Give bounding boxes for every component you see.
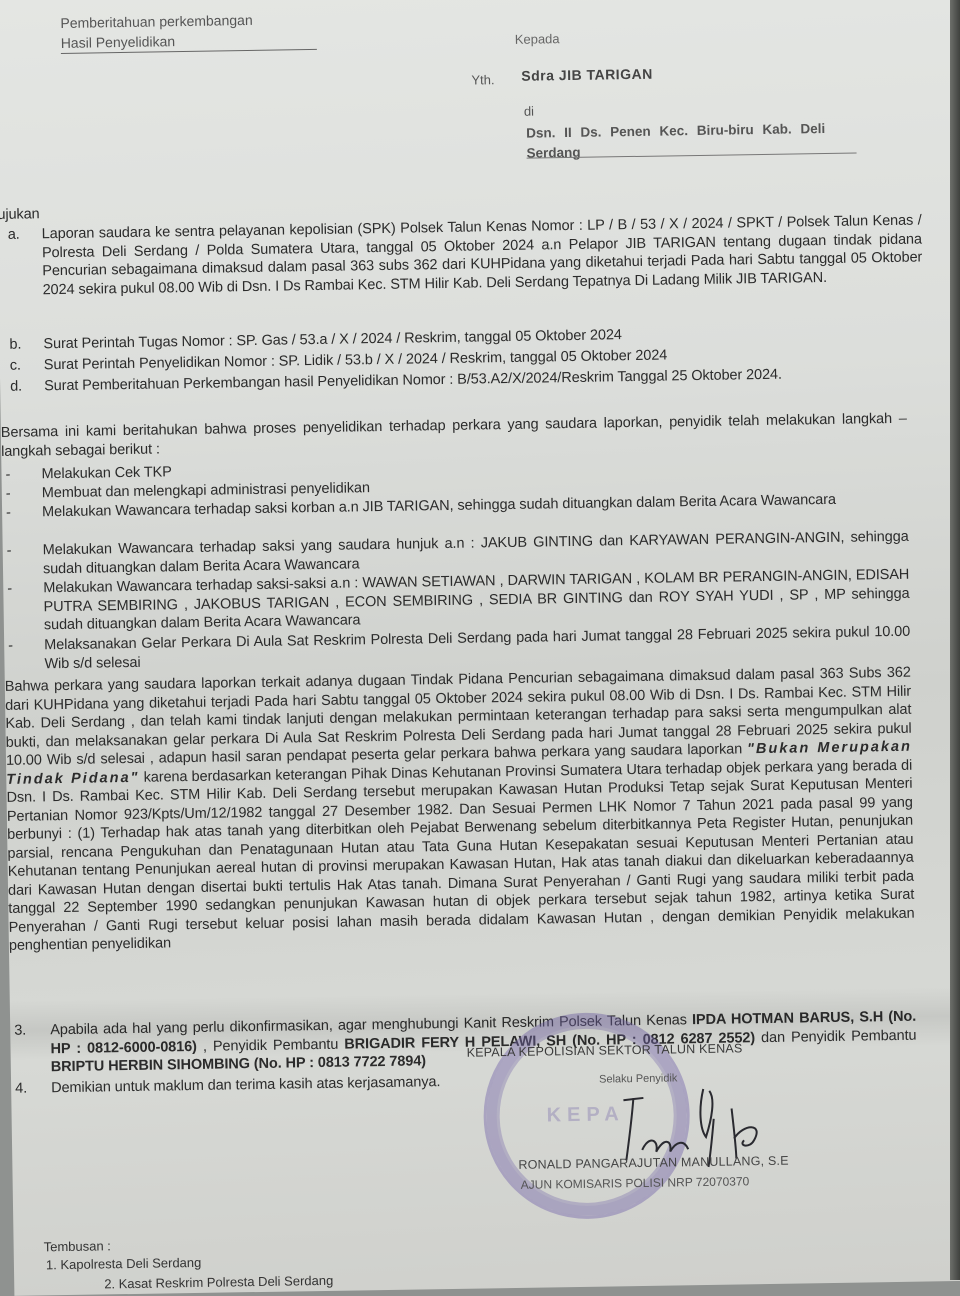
item-marker: 4. (15, 1080, 27, 1099)
di-label: di (524, 104, 534, 119)
step-marker: - (7, 580, 12, 599)
contact-penyidik-2: BRIPTU HERBIN SIHOMBING (No. HP : 0813 7… (51, 1053, 426, 1075)
reference-marker: c. (10, 357, 21, 376)
item-3-connector: , Penyidik Pembantu (197, 1036, 345, 1054)
rujukan-label: ujukan (0, 205, 40, 224)
subject-line-1: Pemberitahuan perkembangan (60, 10, 253, 33)
step-marker: - (7, 542, 12, 561)
kepada-label: Kepada (515, 31, 560, 47)
conclusion-text-after: karena berdasarkan keterangan Pihak Dina… (6, 757, 914, 954)
recipient-name: Sdra JIB TARIGAN (521, 66, 653, 84)
letter-page: Pemberitahuan perkembangan Hasil Penyeli… (0, 0, 960, 1280)
item-marker: 3. (14, 1022, 26, 1041)
reference-text: Laporan saudara ke sentra pelayanan kepo… (42, 211, 923, 299)
yth-label: Yth. (471, 72, 494, 87)
step-item: - Melakukan Wawancara terhadap saksi yan… (3, 528, 909, 542)
item-3: 3. Apabila ada hal yang perlu dikonfirma… (10, 1008, 916, 1022)
reference-marker: d. (10, 378, 22, 397)
item-3-connector: dan Penyidik Pembantu (755, 1027, 917, 1046)
conclusion-paragraph: Bahwa perkara yang saudara laporkan terk… (5, 664, 915, 956)
item-3-text: Apabila ada hal yang perlu dikonfirmasik… (50, 1008, 917, 1077)
tembusan-label: Tembusan : (44, 1238, 111, 1254)
tembusan-item: 2. Kasat Reskrim Polresta Deli Serdang (104, 1273, 333, 1280)
background-edge (950, 0, 960, 1280)
letter-subject: Pemberitahuan perkembangan Hasil Penyeli… (60, 10, 253, 53)
signatory-rank: AJUN KOMISARIS POLISI NRP 72070370 (521, 1174, 750, 1192)
tembusan-item: 1. Kapolresta Deli Serdang (46, 1255, 202, 1272)
reference-marker: a. (8, 226, 20, 245)
step-marker: - (5, 466, 10, 485)
step-marker: - (6, 504, 11, 523)
signatory-name: RONALD PANGARAJUTAN MANULLANG, S.E (518, 1154, 788, 1172)
step-marker: - (8, 637, 13, 656)
reference-marker: b. (9, 336, 21, 355)
step-marker: - (6, 485, 11, 504)
